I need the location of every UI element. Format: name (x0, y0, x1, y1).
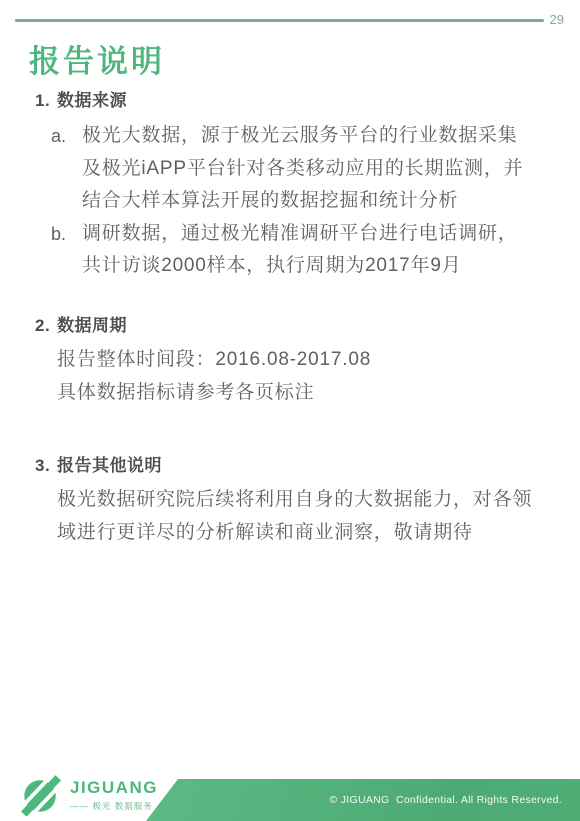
section-heading-row: 2. 数据周期 (35, 315, 562, 337)
section-number: 3. (35, 455, 57, 477)
jiguang-logo-icon (20, 774, 62, 816)
section-heading: 数据来源 (57, 90, 127, 112)
footer-band: © JIGUANG Confidential. All Rights Reser… (146, 779, 580, 821)
section-body-text: 极光数据研究院后续将利用自身的大数据能力，对各领 域进行更详尽的分析解读和商业洞… (57, 483, 562, 549)
section-other-notes: 3. 报告其他说明 极光数据研究院后续将利用自身的大数据能力，对各领 域进行更详… (35, 455, 562, 549)
section-heading-row: 1. 数据来源 (35, 90, 562, 112)
list-item: b. 调研数据，通过极光精准调研平台进行电话调研， 共计访谈2000样本，执行周… (51, 218, 562, 283)
list-item-text: 极光大数据，源于极光云服务平台的行业数据采集 及极光iAPP平台针对各类移动应用… (82, 120, 523, 218)
header-rule (15, 19, 544, 22)
logo-wordmark: JIGUANG (70, 779, 158, 797)
list-item-label: b. (51, 218, 82, 283)
section-data-period: 2. 数据周期 报告整体时间段：2016.08-2017.08 具体数据指标请参… (35, 315, 562, 409)
page-number: 29 (550, 12, 564, 28)
page-title: 报告说明 (29, 36, 165, 81)
copyright-text: © JIGUANG Confidential. All Rights Reser… (330, 794, 563, 806)
list-item-text: 调研数据，通过极光精准调研平台进行电话调研， 共计访谈2000样本，执行周期为2… (82, 218, 518, 283)
section-heading-row: 3. 报告其他说明 (35, 455, 562, 477)
logo-text-block: JIGUANG —— 极光 数据服务 (70, 779, 158, 812)
logo-tagline: —— 极光 数据服务 (70, 800, 158, 812)
list-item-label: a. (51, 120, 82, 218)
report-page: 29 报告说明 1. 数据来源 a. 极光大数据，源于极光云服务平台的行业数据采… (0, 0, 580, 821)
section-heading: 数据周期 (57, 315, 127, 337)
page-header: 29 (15, 12, 564, 28)
section-data-source: 1. 数据来源 a. 极光大数据，源于极光云服务平台的行业数据采集 及极光iAP… (35, 90, 562, 283)
list-item: a. 极光大数据，源于极光云服务平台的行业数据采集 及极光iAPP平台针对各类移… (51, 120, 562, 218)
jiguang-logo: JIGUANG —— 极光 数据服务 (20, 774, 158, 816)
section-heading: 报告其他说明 (57, 455, 162, 477)
section-number: 1. (35, 90, 57, 112)
section-number: 2. (35, 315, 57, 337)
page-footer: © JIGUANG Confidential. All Rights Reser… (0, 771, 580, 821)
section-body-text: 报告整体时间段：2016.08-2017.08 具体数据指标请参考各页标注 (57, 343, 562, 409)
